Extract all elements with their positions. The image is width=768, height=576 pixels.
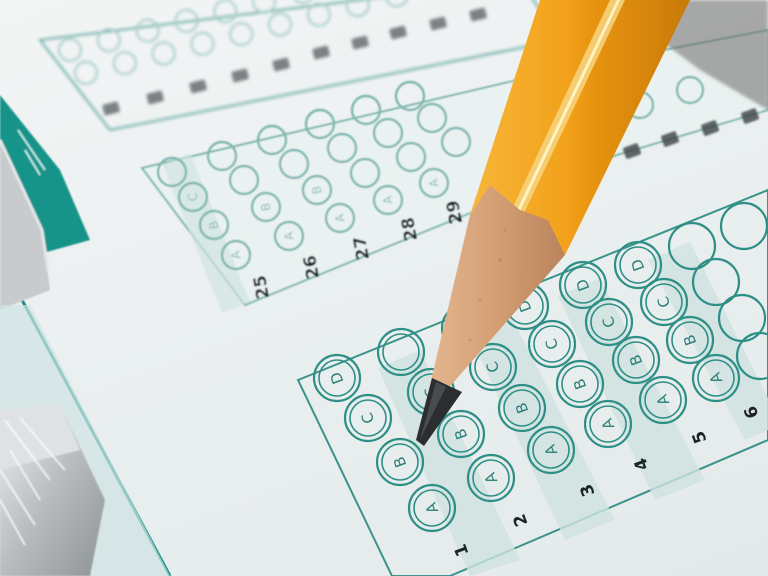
bubble-letter: A: [598, 415, 619, 431]
answer-sheet-photo: A B C A B A B A A 25 26 27 28 29: [0, 0, 768, 576]
bubble-letter: A: [422, 499, 443, 515]
bubble-letter: D: [327, 369, 348, 386]
bubble-letter: C: [358, 410, 379, 426]
bubble-letter: B: [390, 454, 410, 470]
question-number: 28: [398, 216, 422, 243]
question-number: 5: [689, 428, 712, 446]
bubble-letter: C: [542, 336, 563, 352]
question-number: 29: [443, 199, 467, 226]
bubble-letter: D: [628, 256, 649, 273]
bubble-letter: C: [654, 294, 675, 310]
eraser: [0, 95, 90, 310]
photo-illustration: A B C A B A B A A 25 26 27 28 29: [0, 0, 768, 576]
question-number: 25: [250, 274, 274, 301]
bubble-letter: B: [570, 376, 590, 392]
bubble-letter: A: [481, 469, 502, 485]
question-number: 27: [350, 235, 374, 262]
question-number: 2: [510, 511, 533, 529]
question-number: 26: [300, 254, 324, 281]
